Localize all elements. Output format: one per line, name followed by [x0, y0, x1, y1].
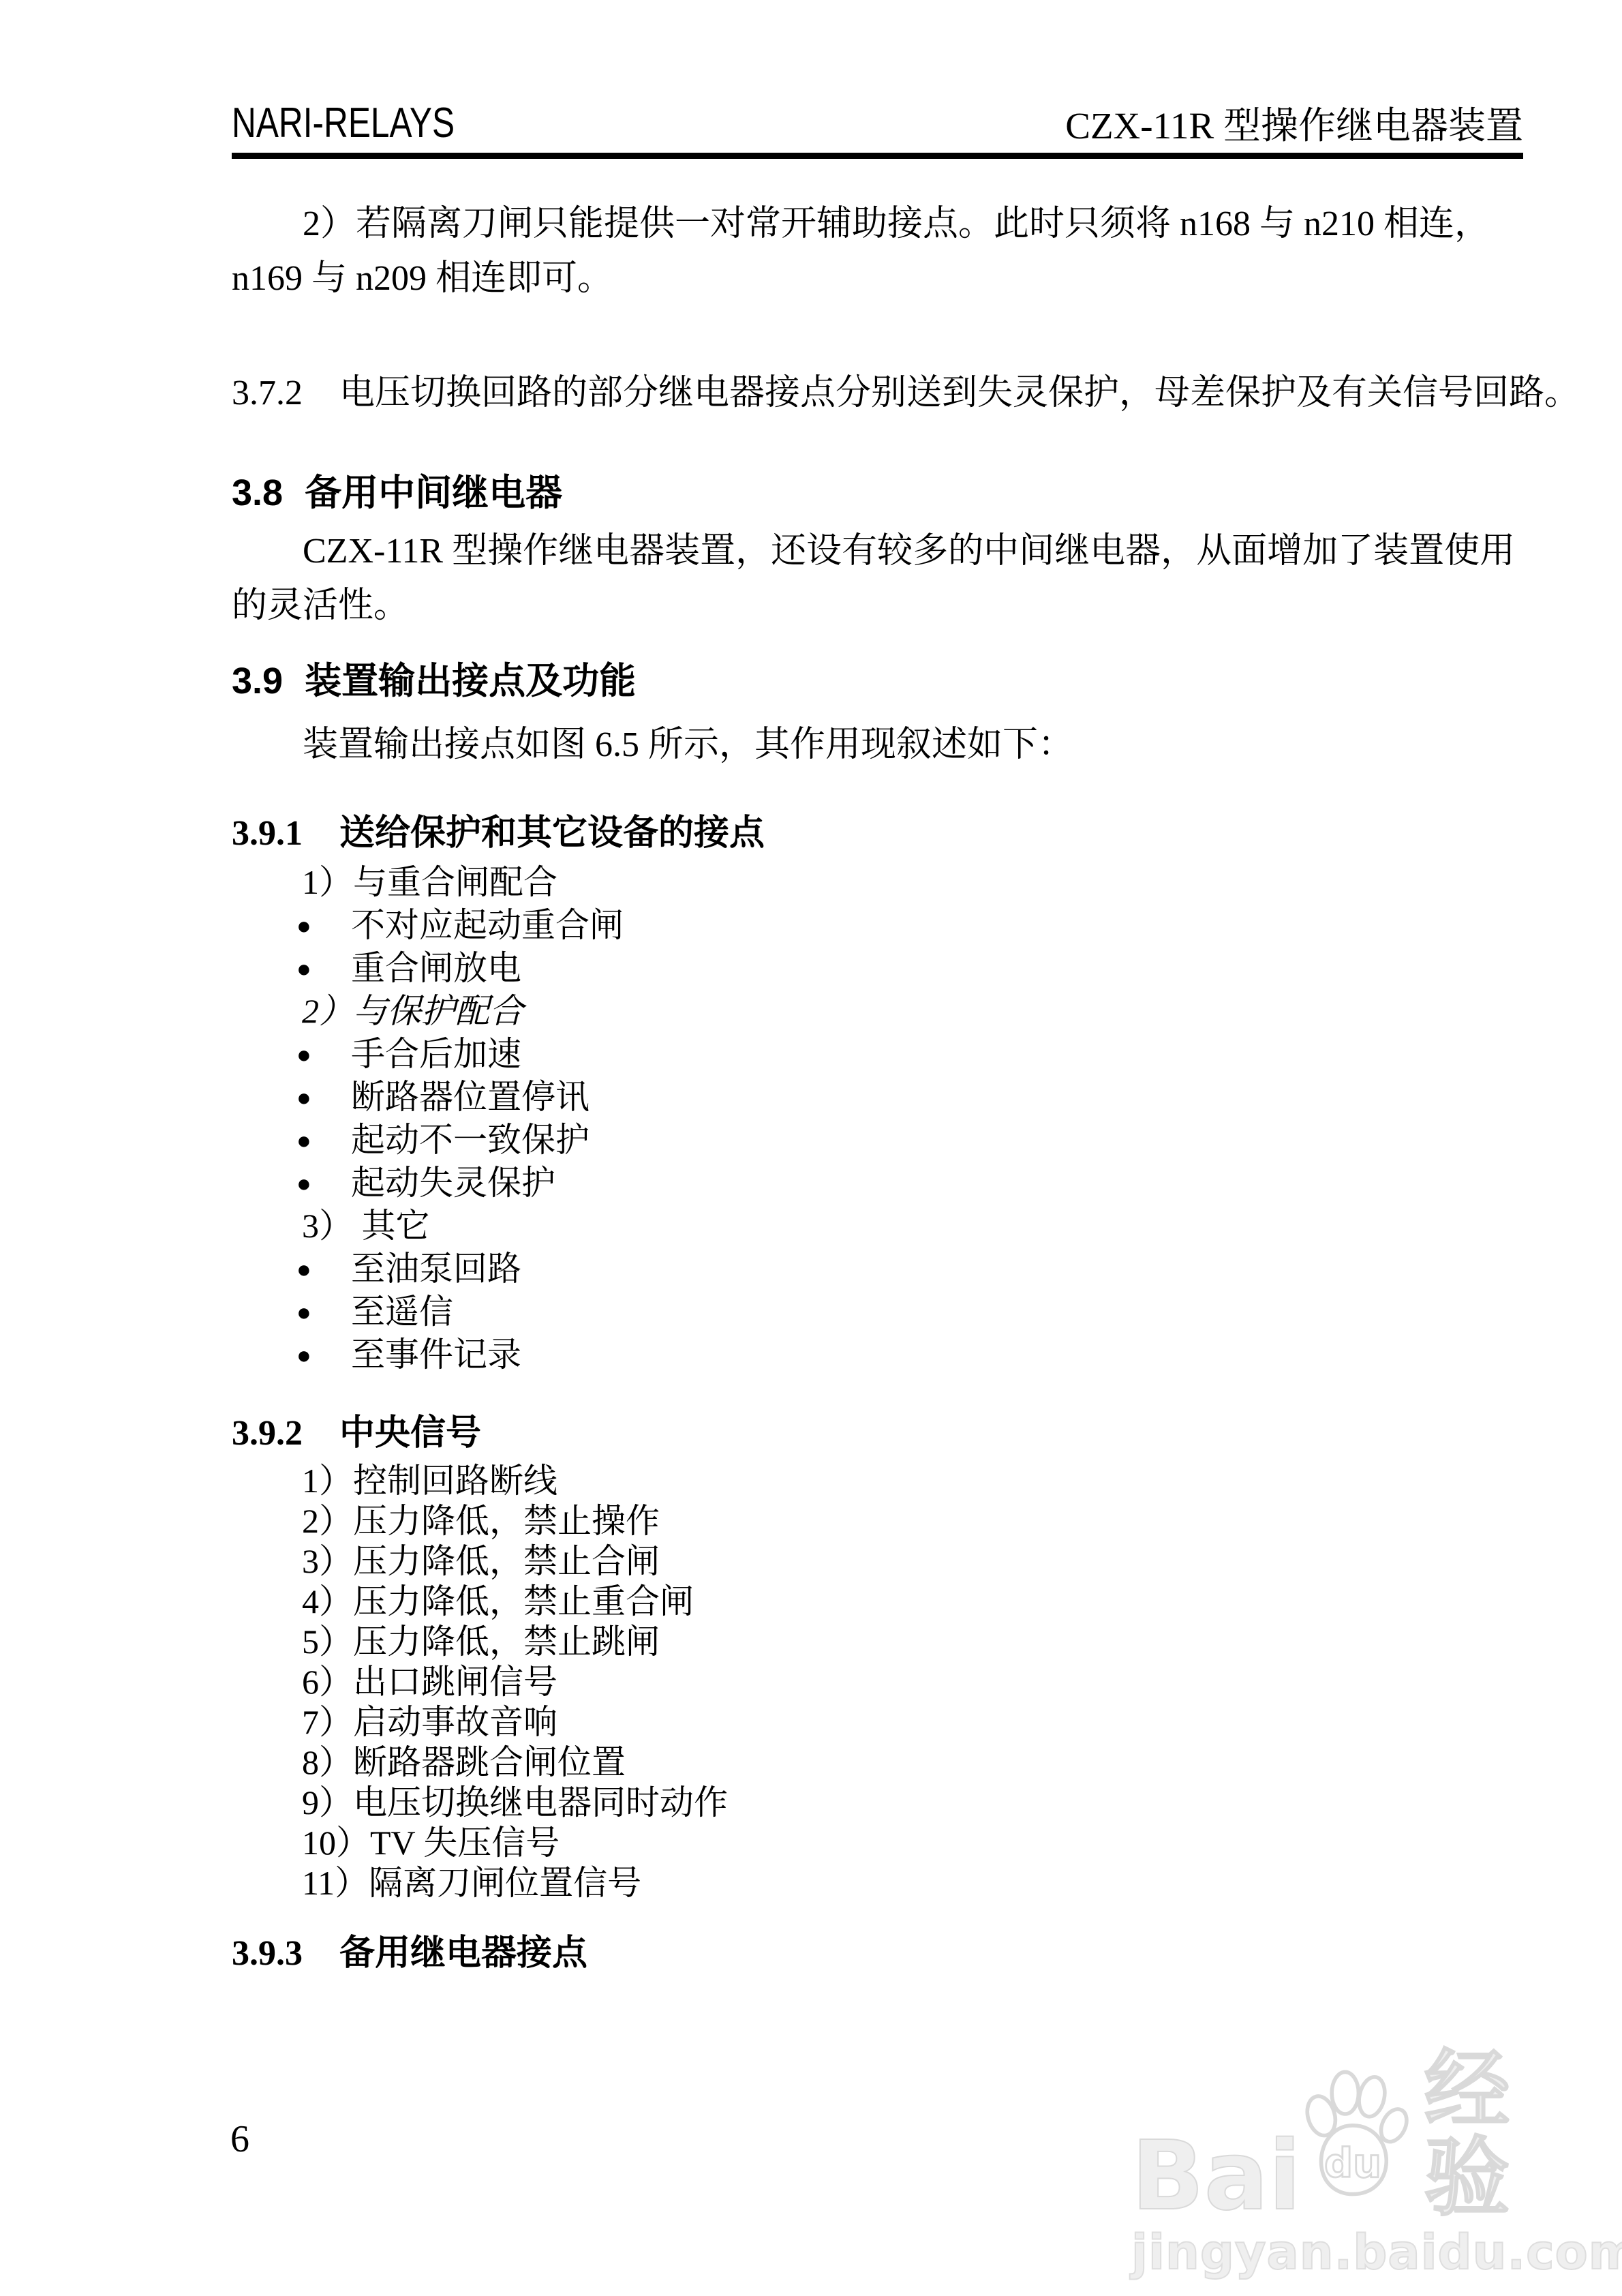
list-item: ●起动不一致保护: [232, 1119, 1528, 1162]
section-text: 备用继电器接点: [339, 1934, 587, 1973]
watermark-du-text: du: [1324, 2139, 1381, 2186]
page-number: 6: [230, 2120, 249, 2158]
section-heading-3-9-2: 3.9.2中央信号: [232, 1406, 1528, 1461]
list-item: 2）压力降低，禁止操作: [232, 1501, 1528, 1541]
list-item: ●至油泵回路: [232, 1248, 1528, 1290]
section-heading-3-9-1: 3.9.1送给保护和其它设备的接点: [232, 806, 1528, 861]
list-item: 2）与保护配合: [232, 990, 1528, 1033]
section-text: 装置输出接点及功能: [305, 661, 636, 701]
list-item: 5）压力降低，禁止跳闸: [232, 1622, 1528, 1662]
list-item: 6）出口跳闸信号: [232, 1662, 1528, 1702]
document-body: 2）若隔离刀闸只能提供一对常开辅助接点。此时只须将 n168 与 n210 相连…: [232, 197, 1528, 1981]
section-number: 3.8: [232, 466, 283, 520]
bullet-icon: ●: [296, 1300, 351, 1325]
list-item: 10）TV 失压信号: [232, 1823, 1528, 1863]
list-item: ●手合后加速: [232, 1033, 1528, 1076]
watermark-url: jingyan.baidu.com: [1131, 2224, 1533, 2280]
section-number: 3.9.2: [232, 1406, 303, 1461]
section-number: 3.9.1: [232, 806, 303, 861]
section-heading-3-9: 3.9装置输出接点及功能: [232, 654, 1528, 708]
list-item: ●起动失灵保护: [232, 1162, 1528, 1205]
list-item: ●至遥信: [232, 1290, 1528, 1333]
section-text: 备用中间继电器: [305, 472, 562, 513]
section-heading-3-7-2: 3.7.2电压切换回路的部分继电器接点分别送到失灵保护，母差保护及有关信号回路。: [232, 366, 1528, 421]
bullet-icon: ●: [296, 1257, 351, 1282]
list-item: 1）与重合闸配合: [232, 861, 1528, 904]
list-item: 4）压力降低，禁止重合闸: [232, 1582, 1528, 1622]
bullet-icon: ●: [296, 1171, 351, 1196]
section-heading-3-9-3: 3.9.3备用继电器接点: [232, 1927, 1528, 1981]
watermark-logo: Bai du 经验: [1131, 2046, 1533, 2222]
section-number: 3.9: [232, 654, 283, 708]
document-page: NARI-RELAYS CZX-11R 型操作继电器装置 2）若隔离刀闸只能提供…: [0, 0, 1622, 2296]
list-item: ●断路器位置停讯: [232, 1076, 1528, 1119]
bullet-icon: ●: [296, 1042, 351, 1067]
list-item: 1）控制回路断线: [232, 1461, 1528, 1501]
list-item: ●不对应起动重合闸: [232, 904, 1528, 947]
section-text: 送给保护和其它设备的接点: [339, 814, 765, 853]
paragraph-czx-intro: CZX-11R 型操作继电器装置，还设有较多的中间继电器，从面增加了装置使用的灵…: [232, 524, 1528, 633]
section-text: 电压切换回路的部分继电器接点分别送到失灵保护，母差保护及有关信号回路。: [339, 374, 1580, 412]
baidu-paw-icon: du: [1296, 2064, 1410, 2222]
bullet-icon: ●: [296, 1128, 351, 1153]
section-heading-3-8: 3.8备用中间继电器: [232, 466, 1528, 520]
list-item: 8）断路器跳合闸位置: [232, 1742, 1528, 1783]
section-text: 中央信号: [339, 1414, 481, 1453]
header-brand: NARI-RELAYS: [232, 102, 455, 145]
header-doc-title: CZX-11R 型操作继电器装置: [1065, 107, 1523, 145]
list-item: 7）启动事故音响: [232, 1702, 1528, 1742]
bullet-icon: ●: [296, 1085, 351, 1110]
bullet-icon: ●: [296, 1343, 351, 1368]
paragraph-isolator-note: 2）若隔离刀闸只能提供一对常开辅助接点。此时只须将 n168 与 n210 相连…: [232, 197, 1528, 306]
central-signal-list: 1）控制回路断线 2）压力降低，禁止操作 3）压力降低，禁止合闸 4）压力降低，…: [232, 1461, 1528, 1903]
bullet-icon: ●: [296, 913, 351, 938]
protection-contact-list: 1）与重合闸配合 ●不对应起动重合闸 ●重合闸放电 2）与保护配合 ●手合后加速…: [232, 861, 1528, 1376]
bullet-icon: ●: [296, 956, 351, 981]
baidu-jingyan-watermark: Bai du 经验 jingyan.baidu.com: [1131, 2046, 1533, 2280]
list-item: 11）隔离刀闸位置信号: [232, 1863, 1528, 1903]
list-item: ●重合闸放电: [232, 947, 1528, 990]
list-item: 3） 其它: [232, 1205, 1528, 1248]
section-number: 3.9.3: [232, 1927, 303, 1981]
watermark-jingyan-text: 经验: [1405, 2046, 1533, 2222]
list-item: 9）电压切换继电器同时动作: [232, 1783, 1528, 1823]
header-rule: [232, 153, 1523, 159]
section-number: 3.7.2: [232, 366, 303, 421]
watermark-bai-text: Bai: [1131, 2131, 1301, 2222]
paragraph-output-intro: 装置输出接点如图 6.5 所示，其作用现叙述如下：: [232, 718, 1528, 772]
list-item: 3）压力降低，禁止合闸: [232, 1541, 1528, 1582]
page-header: NARI-RELAYS CZX-11R 型操作继电器装置: [232, 0, 1523, 145]
list-item: ●至事件记录: [232, 1333, 1528, 1376]
